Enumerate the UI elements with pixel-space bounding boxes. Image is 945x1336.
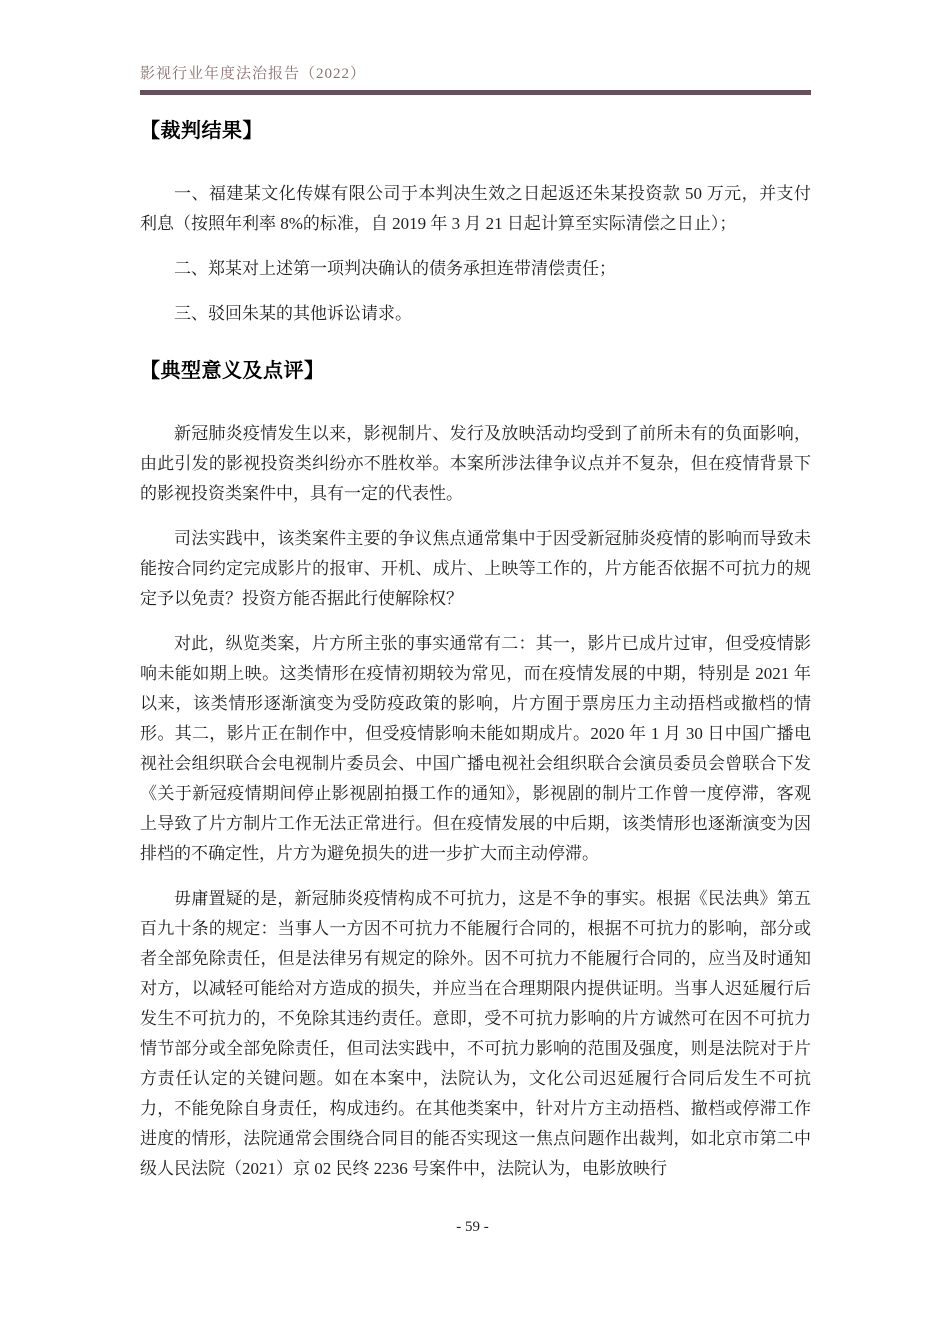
page-number: - 59 - (456, 1219, 489, 1235)
judgment-item-2: 二、郑某对上述第一项判决确认的债务承担连带清偿责任； (140, 254, 811, 284)
commentary-paragraph-3: 对此，纵览类案，片方所主张的事实通常有二：其一，影片已成片过审，但受疫情影响未能… (140, 629, 811, 869)
judgment-item-3: 三、驳回朱某的其他诉讼请求。 (140, 299, 811, 329)
running-header: 影视行业年度法治报告（2022） (140, 0, 811, 95)
judgment-item-1: 一、福建某文化传媒有限公司于本判决生效之日起返还朱某投资款 50 万元，并支付利… (140, 179, 811, 239)
section-heading-judgment-result: 【裁判结果】 (140, 119, 811, 143)
commentary-paragraph-2: 司法实践中，该类案件主要的争议焦点通常集中于因受新冠肺炎疫情的影响而导致未能按合… (140, 524, 811, 614)
section-heading-significance-commentary: 【典型意义及点评】 (140, 359, 811, 383)
header-rule (140, 90, 811, 95)
commentary-paragraph-1: 新冠肺炎疫情发生以来，影视制片、发行及放映活动均受到了前所未有的负面影响，由此引… (140, 419, 811, 509)
document-page: 影视行业年度法治报告（2022） 【裁判结果】 一、福建某文化传媒有限公司于本判… (0, 0, 945, 1336)
report-title: 影视行业年度法治报告（2022） (140, 64, 811, 84)
page-content: 影视行业年度法治报告（2022） 【裁判结果】 一、福建某文化传媒有限公司于本判… (140, 0, 811, 1184)
commentary-paragraph-4: 毋庸置疑的是，新冠肺炎疫情构成不可抗力，这是不争的事实。根据《民法典》第五百九十… (140, 884, 811, 1184)
page-footer: - 59 - (0, 1216, 945, 1238)
